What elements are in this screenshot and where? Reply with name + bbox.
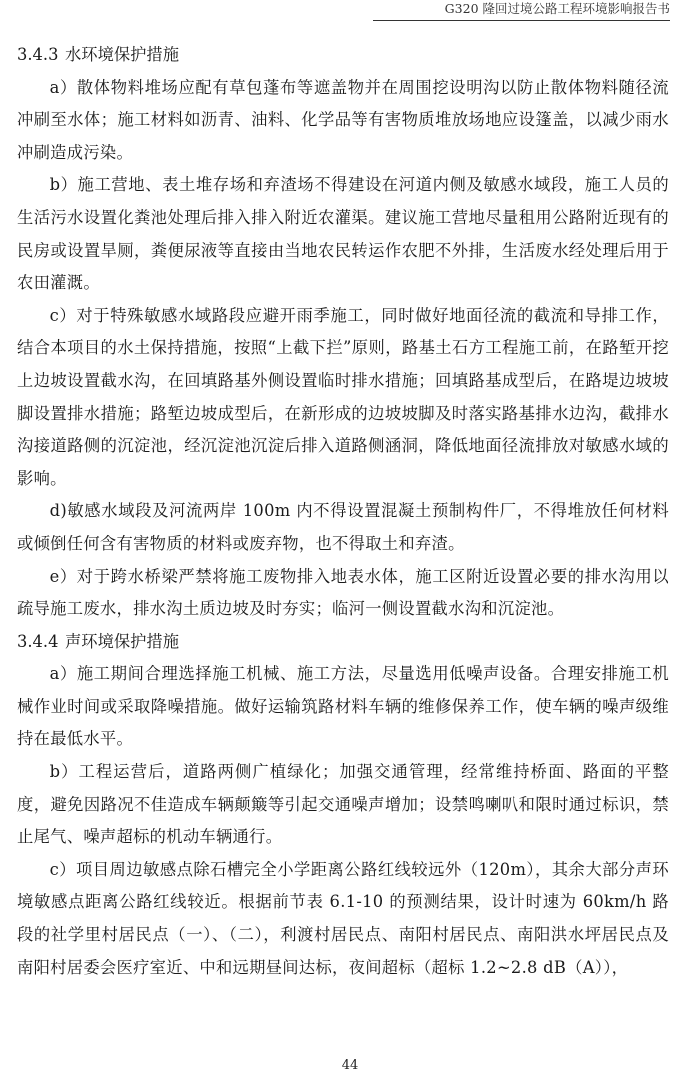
paragraph: a）施工期间合理选择施工机械、施工方法，尽量选用低噪声设备。合理安排施工机械作业…	[17, 658, 669, 756]
section-heading: 3.4.4声环境保护措施	[17, 626, 669, 659]
section-title: 水环境保护措施	[65, 45, 179, 64]
paragraph: b）施工营地、表土堆存场和弃渣场不得建设在河道内侧及敏感水域段，施工人员的生活污…	[17, 169, 669, 299]
section-number: 3.4.3	[17, 39, 65, 72]
section-heading: 3.4.3水环境保护措施	[17, 39, 669, 72]
paragraph: b）工程运营后，道路两侧广植绿化；加强交通管理，经常维持桥面、路面的平整度，避免…	[17, 756, 669, 854]
section-water-protection: 3.4.3水环境保护措施 a）散体物料堆场应配有草包蓬布等遮盖物并在周围挖设明沟…	[17, 39, 669, 626]
paragraph: c）对于特殊敏感水域路段应避开雨季施工，同时做好地面径流的截流和导排工作，结合本…	[17, 300, 669, 496]
paragraph: c）项目周边敏感点除石槽完全小学距离公路红线较远外（120m），其余大部分声环境…	[17, 854, 669, 984]
page-number: 44	[342, 1058, 359, 1073]
page-body: 3.4.3水环境保护措施 a）散体物料堆场应配有草包蓬布等遮盖物并在周围挖设明沟…	[17, 39, 669, 984]
page-footer: 44	[0, 1058, 700, 1073]
section-noise-protection: 3.4.4声环境保护措施 a）施工期间合理选择施工机械、施工方法，尽量选用低噪声…	[17, 626, 669, 985]
paragraph: a）散体物料堆场应配有草包蓬布等遮盖物并在周围挖设明沟以防止散体物料随径流冲刷至…	[17, 72, 669, 170]
section-number: 3.4.4	[17, 626, 65, 659]
paragraph: d)敏感水域段及河流两岸 100m 内不得设置混凝土预制构件厂，不得堆放任何材料…	[17, 495, 669, 560]
paragraph: e）对于跨水桥梁严禁将施工废物排入地表水体，施工区附近设置必要的排水沟用以疏导施…	[17, 561, 669, 626]
page-header: G320 隆回过境公路工程环境影响报告书	[373, 0, 670, 21]
document-title: G320 隆回过境公路工程环境影响报告书	[445, 1, 670, 16]
section-title: 声环境保护措施	[65, 632, 179, 651]
